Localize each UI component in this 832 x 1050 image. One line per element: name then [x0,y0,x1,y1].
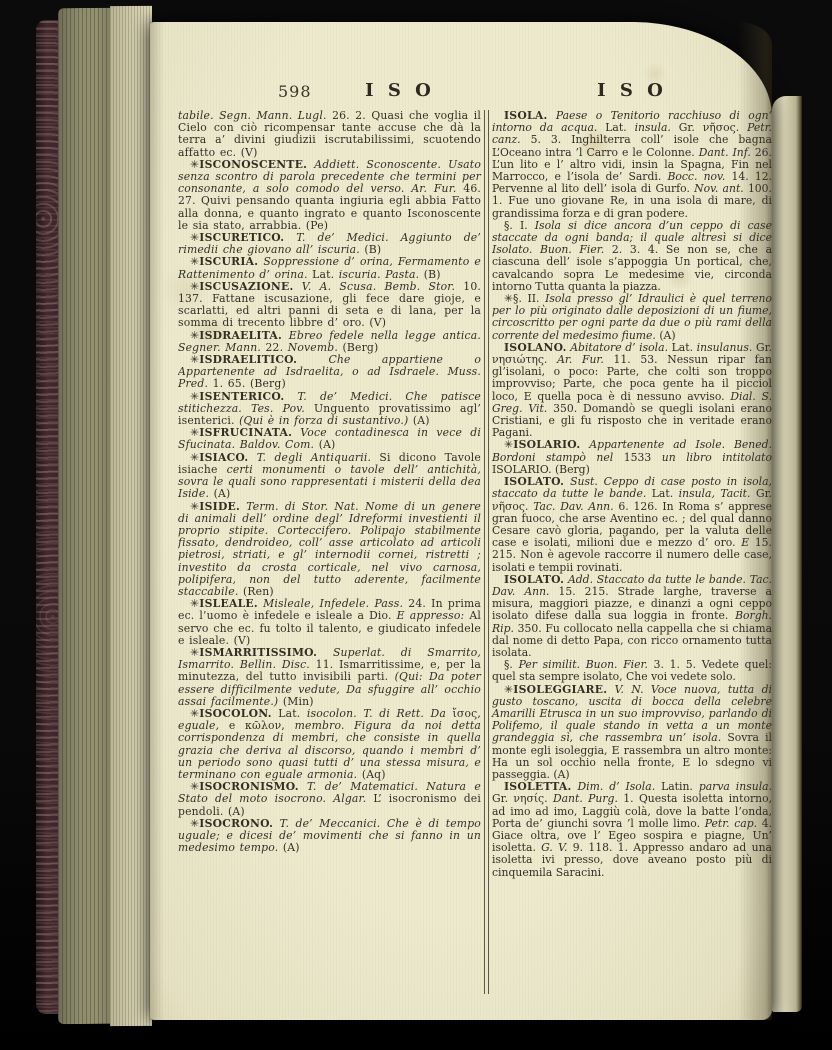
entry-text-run: Bocc. nov. [667,170,731,183]
entry-text-run: Nov. ant. [694,182,748,195]
entry-text-run: 1. 65. (Berg) [213,377,286,390]
entry-text-run: Dim. d’ Isola. [572,780,662,793]
dictionary-entry: ISOLANO. Abitatore d’ isola. Lat. insula… [492,342,772,440]
entry-text-run: insulanus. [697,341,756,354]
dictionary-entry: ✳ISOLARIO. Appartenente ad Isole. Bened.… [492,439,772,476]
entry-headword: ✳ISOCRONO. [190,817,273,830]
dictionary-entry: ✳ISFRUCINATA. Voce contadinesca in vece … [178,427,481,451]
entry-headword: ISOLATO. [504,573,564,586]
entry-text-run: Lat. [312,268,339,281]
entry-text-run: (Aq) [362,768,386,781]
entry-text-run: E [741,536,755,549]
entry-headword: ISOLANO. [504,341,567,354]
entry-text-run: insula. [635,121,679,134]
book-scan: 598 I S O I S O tabile. Segn. Mann. Lugl… [0,0,832,1050]
entry-headword: ✳ISFRUCINATA. [190,426,292,439]
dictionary-entry: ✳ISIDE. Term. di Stor. Nat. Nome di un g… [178,501,481,599]
entry-text-run: 22. [265,341,287,354]
entry-text-run: Term. di Stor. Nat. Nome di un genere di… [178,500,481,598]
next-page-edge [772,96,802,1012]
entry-text-run: Ar. Fur. [557,353,613,366]
entry-text-run: un libro intitolato [662,451,772,464]
entry-text-run: 350. Fu collocato nella cappella che si … [492,622,772,659]
dictionary-entry: ✳§. II. Isola presso gl’ Idraulici è que… [492,293,772,342]
column-divider-rule [481,110,492,1022]
entry-text-run: Tac. Dav. Ann. [533,500,618,513]
entry-text-run: (Berg) [343,341,379,354]
entry-text-run: Lat. [272,707,307,720]
entry-text-run: Gr. νησίς. [492,792,553,805]
dictionary-entry: ISOLETTA. Dim. d’ Isola. Latin. parva in… [492,781,772,879]
column-left: tabile. Segn. Mann. Lugl. 26. 2. Quasi c… [178,110,481,854]
entry-text-run: parva insula. [699,780,772,793]
entry-headword: ✳ISDRAELITICO. [190,353,297,366]
entry-text-run: Lat. [652,487,679,500]
entry-headword: ✳ISCURETICO. [190,231,284,244]
book-page: 598 I S O I S O tabile. Segn. Mann. Lugl… [150,22,772,1020]
entry-headword: ✳ISMARRITISSIMO. [190,646,317,659]
dictionary-entry: ✳ISMARRITISSIMO. Superlat. di Smarrito, … [178,647,481,708]
entry-headword: ✳ISIDE. [190,500,240,513]
entry-headword: ✳ISCUSAZIONE. [190,280,294,293]
entry-text-run: E appresso: [397,609,470,622]
running-head-row: 598 I S O I S O [178,80,772,110]
entry-text-run: Per similit. Buon. Fier. [519,658,654,671]
entry-text-run: ἴσος, [453,707,481,720]
entry-text-run: eguale, [178,719,229,732]
dictionary-entry: ✳ISIACO. T. degli Antiquarii. Si dicono … [178,452,481,501]
entry-text-run: Lat. [605,121,634,134]
entry-text-run: V. A. Scusa. Bemb. Stor. [294,280,464,293]
entry-headword: ✳ISCONOSCENTE. [190,158,307,171]
entry-text-run: ISOLARIO. (Berg) [492,463,590,476]
entry-text-run: Novemb. [288,341,343,354]
entry-text-run: Petr. cap. [705,817,762,830]
entry-headword: ✳ISENTERICO. [190,390,284,403]
entry-headword: ISOLA. [504,110,547,122]
entry-headword: ✳ISOLARIO. [504,438,580,451]
entry-text-run: (A) [283,841,300,854]
dictionary-entry: ✳ISOCRONISMO. T. de’ Matematici. Natura … [178,781,481,818]
dictionary-entry: ✳ISCUSAZIONE. V. A. Scusa. Bemb. Stor. 1… [178,281,481,330]
dictionary-entry: tabile. Segn. Mann. Lugl. 26. 2. Quasi c… [178,110,481,159]
dictionary-entry: ISOLATO. Add. Staccato da tutte le bande… [492,574,772,659]
entry-text-run: Gr. νῆσος. [679,121,747,134]
entry-text-run: Dant. Inf. [699,146,755,159]
page-stack-edge [110,6,152,1026]
entry-text-run: (A) [659,329,675,342]
entry-text-run: §. [504,658,519,671]
entry-text-run: insula, Tacit. [679,487,756,500]
entry-text-run: (Ren) [243,585,274,598]
dictionary-entry: ✳ISLEALE. Misleale, Infedele. Pass. 24. … [178,598,481,647]
entry-text-run: e κῶλον, [229,719,295,732]
entry-text-run: 1533 [624,451,662,464]
column-right: ISOLA. Paese o Tenitorio racchiuso di og… [492,110,772,879]
entry-text-run: §. I. [504,219,535,232]
entry-text-run: Latin. [661,780,699,793]
entry-headword: ✳ISCURIA. [190,255,258,268]
entry-headword: ✳ISLEALE. [190,597,258,610]
entry-headword: ISOLATO. [504,475,564,488]
inner-edge-shade [150,22,164,1020]
running-head-left: I S O [365,80,435,101]
dictionary-entry: ✳ISENTERICO. T. de’ Medici. Che patisce … [178,391,481,428]
entry-text-run: G. V. [541,841,573,854]
entry-headword: ✳ISIACO. [190,451,248,464]
entry-headword: ✳ISOCOLON. [190,707,272,720]
entry-text-run: (Min) [283,695,314,708]
dictionary-entry: §. Per similit. Buon. Fier. 3. 1. 5. Ved… [492,659,772,683]
dictionary-entry: ✳ISCURETICO. T. de’ Medici. Aggiunto de’… [178,232,481,256]
entry-text-run: iscuria. Pasta. [339,268,424,281]
dictionary-entry: §. I. Isola si dice ancora d’un ceppo di… [492,220,772,293]
dictionary-entry: ✳ISOLEGGIARE. V. N. Voce nuova, tutta di… [492,684,772,782]
dictionary-entry: ✳ISDRAELITICO. Che appartiene o Apparten… [178,354,481,391]
book-fore-edge [58,8,112,1024]
entry-text-run: (Qui è in forza di sustantivo.) [239,414,413,427]
entry-text-run: tabile. Segn. Mann. Lugl. [178,110,332,122]
entry-headword: ✳ISOCRONISMO. [190,780,299,793]
page-number: 598 [278,82,312,101]
entry-text-run: (A) [214,487,231,500]
entry-text-run: (A) [319,438,336,451]
entry-text-run: Abitatore d’ isola. [567,341,672,354]
entry-text-run: isocolon. T. di Rett. Da [307,707,453,720]
dictionary-entry: ISOLATO. Sust. Ceppo di case posto in is… [492,476,772,574]
running-head-right: I S O [597,80,667,101]
dictionary-entry: ✳ISOCOLON. Lat. isocolon. T. di Rett. Da… [178,708,481,781]
entry-text-run: Misleale, Infedele. Pass. [258,597,408,610]
dictionary-entry: ✳ISOCRONO. T. de’ Meccanici. Che è di te… [178,818,481,855]
dictionary-entry: ✳ISCONOSCENTE. Addiett. Sconoscente. Usa… [178,159,481,232]
entry-text-run: T. degli Antiquarii. [248,451,379,464]
dictionary-entry: ISOLA. Paese o Tenitorio racchiuso di og… [492,110,772,220]
text-columns: tabile. Segn. Mann. Lugl. 26. 2. Quasi c… [178,110,772,1022]
printed-area: 598 I S O I S O tabile. Segn. Mann. Lugl… [178,80,772,1022]
dictionary-entry: ✳ISCURIA. Soppressione d’ orina, Fermame… [178,256,481,280]
book-cover-edge [36,20,60,1014]
entry-text-run: ✳§. II. [504,292,545,305]
entry-text-run: (B) [424,268,441,281]
entry-text-run: Dant. Purg. [553,792,623,805]
entry-headword: ✳ISDRAELITA. [190,329,282,342]
entry-headword: ✳ISOLEGGIARE. [504,683,607,696]
entry-text-run: Lat. [672,341,697,354]
entry-text-run: (A) [413,414,430,427]
entry-text-run: (B) [364,243,381,256]
entry-headword: ISOLETTA. [504,780,572,793]
dictionary-entry: ✳ISDRAELITA. Ebreo fedele nella legge an… [178,330,481,354]
